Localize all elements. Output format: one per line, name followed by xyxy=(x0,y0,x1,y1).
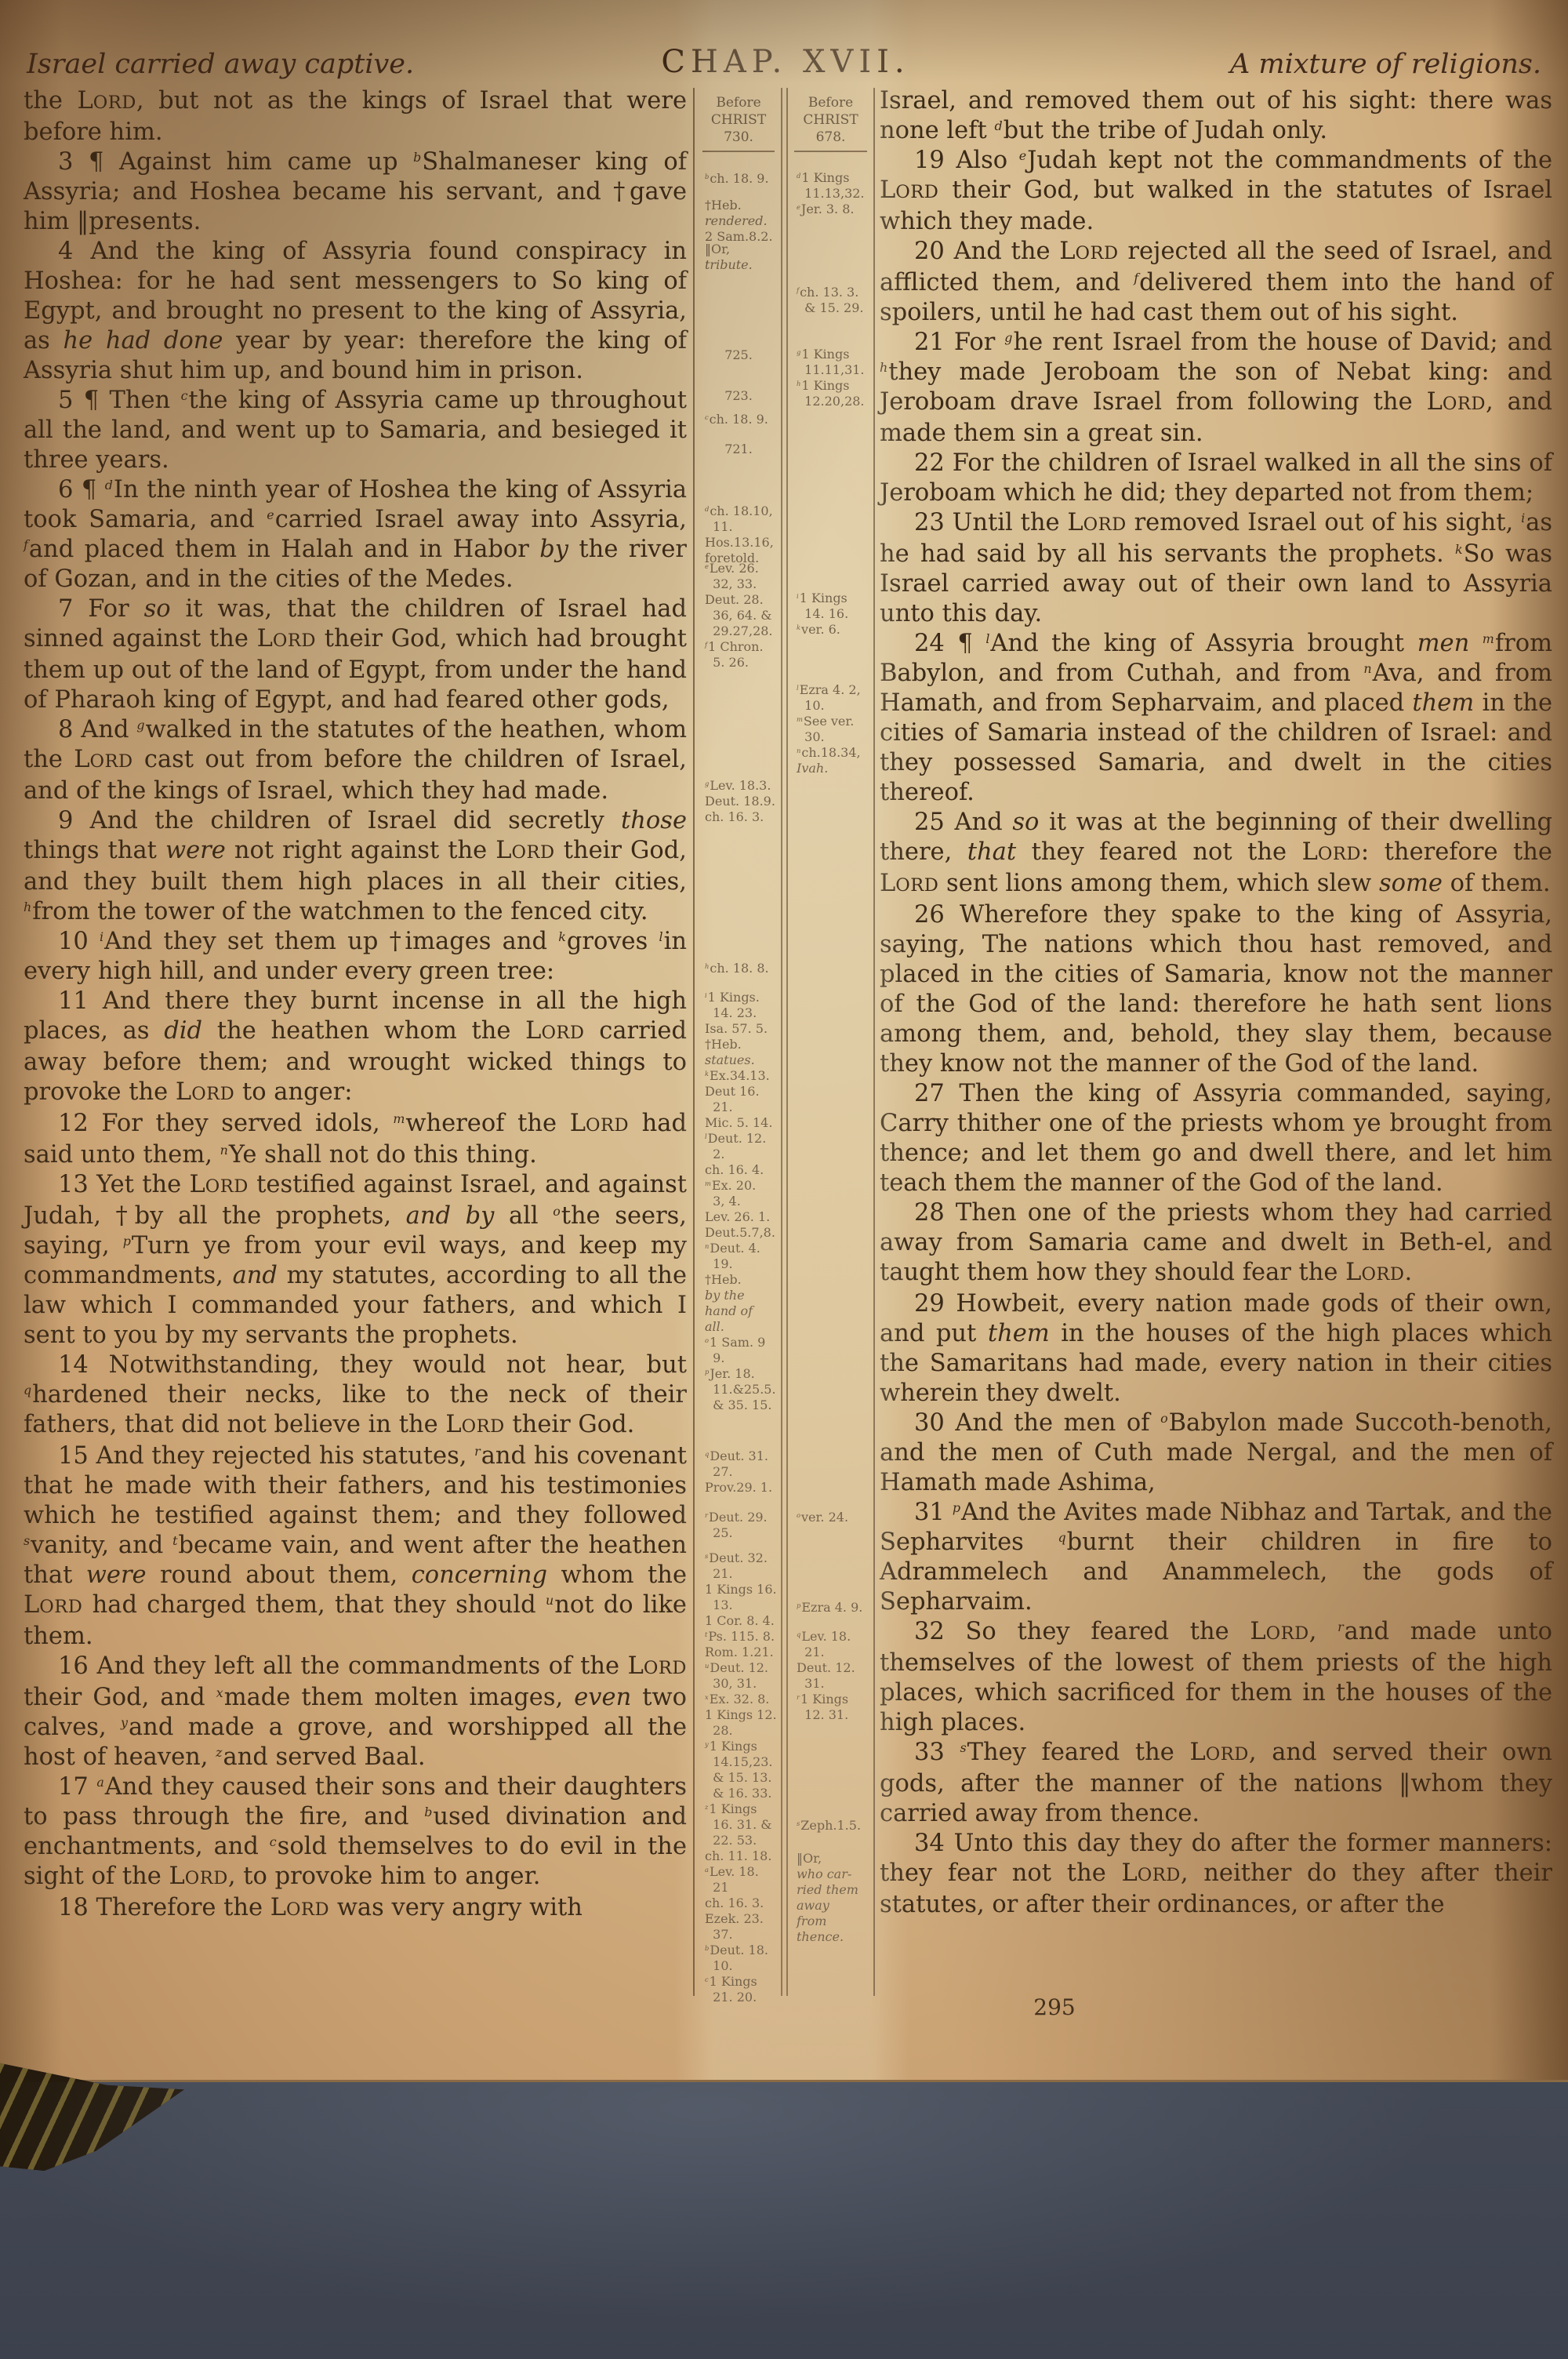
verse-paragraph: 3 ¶ Against him came up bShalmaneser kin… xyxy=(24,147,687,237)
verse-paragraph: 20 And the LORD rejected all the seed of… xyxy=(880,237,1552,328)
margin-reference: rDeut. 29. 25. xyxy=(705,1510,779,1541)
margin-reference: †Heb. rendered. 2 Sam.8.2. xyxy=(705,198,779,245)
page-number: 295 xyxy=(1019,1994,1090,2020)
before-christ-date-left: Before CHRIST 730. xyxy=(698,94,779,146)
left-reference-column: Before CHRIST 730. bch. 18. 9.†Heb. rend… xyxy=(698,86,779,2000)
verse-paragraph: 14 Notwithstanding, they would not hear,… xyxy=(24,1350,687,1441)
margin-reference: ‖Or, who car- ried them away from thence… xyxy=(797,1851,872,1945)
margin-reference: ‖Or, tribute. xyxy=(705,242,779,273)
verse-paragraph: 31 pAnd the Avites made Nibhaz and Tarta… xyxy=(880,1498,1552,1617)
verse-paragraph: 9 And the children of Israel did secretl… xyxy=(24,806,687,927)
reference-header-rule xyxy=(794,151,867,152)
margin-reference: 723. xyxy=(698,388,779,404)
verse-paragraph: 12 For they served idols, mwhereof the L… xyxy=(24,1109,687,1170)
verse-paragraph: 21 For ghe rent Israel from the house of… xyxy=(880,328,1552,449)
margin-reference: over. 24. xyxy=(797,1510,872,1525)
book-page: Israel carried away captive. CHAP. XVII.… xyxy=(0,0,1568,2082)
verse-paragraph: 10 iAnd they set them up †images and kgr… xyxy=(24,927,687,987)
margin-reference: g1 Kings 11.11,31. h1 Kings 12.20,28. xyxy=(797,347,872,409)
margin-reference: i1 Kings 14. 16. kver. 6. xyxy=(797,591,872,638)
margin-reference: d1 Kings 11.13,32. eJer. 3. 8. xyxy=(797,170,872,217)
reference-header-rule xyxy=(702,151,775,152)
verse-paragraph: the LORD, but not as the kings of Israel… xyxy=(24,86,687,147)
margin-reference: gLev. 18.3. Deut. 18.9. ch. 16. 3. xyxy=(705,778,779,825)
verse-paragraph: 23 Until the LORD removed Israel out of … xyxy=(880,508,1552,629)
verse-paragraph: 32 So they feared the LORD, rand made un… xyxy=(880,1617,1552,1738)
verse-paragraph: 17 aAnd they caused their sons and their… xyxy=(24,1772,687,1893)
before-christ-date-right: Before CHRIST 678. xyxy=(789,94,872,146)
margin-reference: eLev. 26. 32, 33. Deut. 28. 36, 64. & 29… xyxy=(705,561,779,671)
verse-paragraph: 8 And gwalked in the statutes of the hea… xyxy=(24,715,687,806)
verse-paragraph: 22 For the children of Israel walked in … xyxy=(880,449,1552,508)
margin-reference: 725. xyxy=(698,347,779,363)
verse-paragraph: 28 Then one of the priests whom they had… xyxy=(880,1198,1552,1289)
verse-paragraph: 24 ¶ lAnd the king of Assyria brought me… xyxy=(880,629,1552,808)
margin-reference: lEzra 4. 2, 10. mSee ver. 30. nch.18.34,… xyxy=(797,682,872,776)
verse-paragraph: 33 sThey feared the LORD, and served the… xyxy=(880,1738,1552,1829)
left-text-column: the LORD, but not as the kings of Israel… xyxy=(24,86,687,1925)
verse-paragraph: 27 Then the king of Assyria commanded, s… xyxy=(880,1079,1552,1198)
column-rule-center-a xyxy=(781,88,782,1996)
verse-paragraph: 34 Unto this day they do after the forme… xyxy=(880,1829,1552,1920)
margin-reference: fch. 13. 3. & 15. 29. xyxy=(797,285,872,316)
verse-paragraph: 25 And so it was at the beginning of the… xyxy=(880,808,1552,900)
verse-paragraph: 4 And the king of Assyria found conspira… xyxy=(24,237,687,386)
verse-paragraph: 16 And they left all the commandments of… xyxy=(24,1652,687,1772)
verse-paragraph: 15 And they rejected his statutes, rand … xyxy=(24,1441,687,1652)
column-rule-center-b xyxy=(786,88,788,1996)
photo-background-surface xyxy=(0,2082,1568,2359)
column-rule-left xyxy=(693,88,695,1996)
margin-reference: cch. 18. 9. xyxy=(705,412,779,427)
verse-paragraph: Israel, and removed them out of his sigh… xyxy=(880,86,1552,146)
margin-reference: pEzra 4. 9. xyxy=(797,1600,872,1616)
running-head: Israel carried away captive. CHAP. XVII.… xyxy=(27,44,1544,83)
margin-reference: i1 Kings. 14. 23. Isa. 57. 5. †Heb. stat… xyxy=(705,990,779,1413)
right-text-column: Israel, and removed them out of his sigh… xyxy=(880,86,1552,1920)
verse-paragraph: 5 ¶ Then cthe king of Assyria came up th… xyxy=(24,386,687,475)
margin-reference: dch. 18.10, 11. Hos.13.16, foretold. xyxy=(705,503,779,566)
right-reference-column: Before CHRIST 678. d1 Kings 11.13,32. eJ… xyxy=(789,86,872,2000)
photo-of-bible-page: { "header": { "left": "Israel carried aw… xyxy=(0,0,1568,2359)
column-rule-right xyxy=(873,88,875,1996)
verse-paragraph: 30 And the men of oBabylon made Succoth-… xyxy=(880,1408,1552,1498)
margin-reference: hch. 18. 8. xyxy=(705,961,779,976)
margin-reference: 721. xyxy=(698,442,779,457)
verse-paragraph: 13 Yet the LORD testified against Israel… xyxy=(24,1170,687,1350)
verse-paragraph: 26 Wherefore they spake to the king of A… xyxy=(880,900,1552,1079)
margin-reference: sDeut. 32. 21. 1 Kings 16. 13. 1 Cor. 8.… xyxy=(705,1550,779,2005)
margin-reference: bch. 18. 9. xyxy=(705,171,779,187)
verse-paragraph: 19 Also eJudah kept not the commandments… xyxy=(880,146,1552,237)
margin-reference: qLev. 18. 21. Deut. 12. 31. r1 Kings 12.… xyxy=(797,1629,872,1723)
verse-paragraph: 6 ¶ dIn the ninth year of Hoshea the kin… xyxy=(24,475,687,594)
verse-paragraph: 11 And there they burnt incense in all t… xyxy=(24,987,687,1109)
running-head-right: A mixture of religions. xyxy=(1230,49,1541,80)
margin-reference: sZeph.1.5. xyxy=(797,1818,872,1834)
verse-paragraph: 29 Howbeit, every nation made gods of th… xyxy=(880,1289,1552,1408)
verse-paragraph: 7 For so it was, that the children of Is… xyxy=(24,594,687,715)
verse-paragraph: 18 Therefore the LORD was very angry wit… xyxy=(24,1893,687,1925)
margin-reference: qDeut. 31. 27. Prov.29. 1. xyxy=(705,1448,779,1496)
